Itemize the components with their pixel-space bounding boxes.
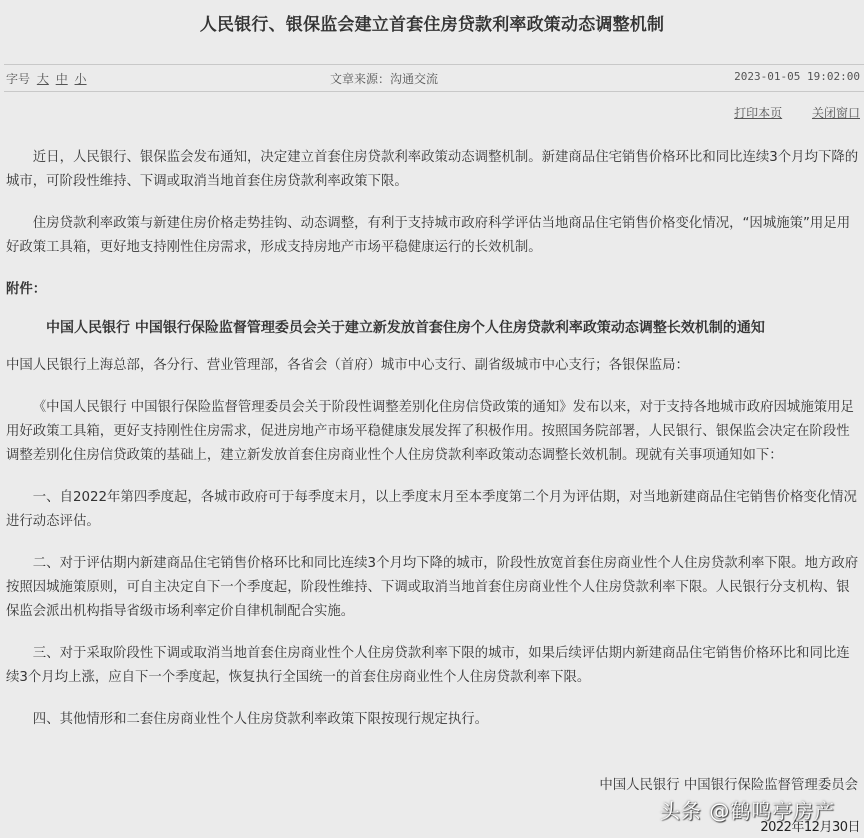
notice-addressee: 中国人民银行上海总部，各分行、营业管理部，各省会（首府）城市中心支行、副省级城市… (6, 354, 860, 378)
article-actions: 打印本页 关闭窗口 (708, 104, 860, 121)
notice-date: 2022年12月30日 (760, 816, 860, 835)
font-size-label: 字号 (6, 72, 30, 86)
article-source: 文章来源：沟通交流 (330, 70, 438, 87)
article-body: 近日，人民银行、银保监会发布通知，决定建立首套住房贷款利率政策动态调整机制。新建… (6, 146, 860, 750)
close-window-link[interactable]: 关闭窗口 (812, 106, 860, 120)
font-size-switcher: 字号 大 中 小 (6, 70, 87, 87)
notice-title: 中国人民银行 中国银行保险监督管理委员会关于建立新发放首套住房个人住房贷款利率政… (6, 316, 860, 340)
font-size-small-link[interactable]: 小 (75, 72, 87, 86)
notice-intro: 《中国人民银行 中国银行保险监督管理委员会关于阶段性调整差别化住房信贷政策的通知… (6, 396, 860, 468)
notice-signature: 中国人民银行 中国银行保险监督管理委员会 (599, 774, 858, 793)
print-page-link[interactable]: 打印本页 (734, 106, 782, 120)
body-paragraph: 近日，人民银行、银保监会发布通知，决定建立首套住房贷款利率政策动态调整机制。新建… (6, 146, 860, 194)
notice-item: 二、对于评估期内新建商品住宅销售价格环比和同比连续3个月均下降的城市，阶段性放宽… (6, 552, 860, 624)
notice-item: 三、对于采取阶段性下调或取消当地首套住房商业性个人住房贷款利率下限的城市，如果后… (6, 642, 860, 690)
attachment-label: 附件： (6, 278, 860, 302)
article-meta-bar: 字号 大 中 小 文章来源：沟通交流 2023-01-05 19:02:00 (4, 64, 864, 92)
font-size-medium-link[interactable]: 中 (56, 72, 68, 86)
publish-datetime: 2023-01-05 19:02:00 (734, 70, 860, 83)
body-paragraph: 住房贷款利率政策与新建住房价格走势挂钩、动态调整，有利于支持城市政府科学评估当地… (6, 212, 860, 260)
notice-item: 一、自2022年第四季度起，各城市政府可于每季度末月，以上季度末月至本季度第二个… (6, 486, 860, 534)
article-title: 人民银行、银保监会建立首套住房贷款利率政策动态调整机制 (0, 12, 864, 38)
font-size-large-link[interactable]: 大 (37, 72, 49, 86)
notice-item: 四、其他情形和二套住房商业性个人住房贷款利率政策下限按现行规定执行。 (6, 708, 860, 732)
